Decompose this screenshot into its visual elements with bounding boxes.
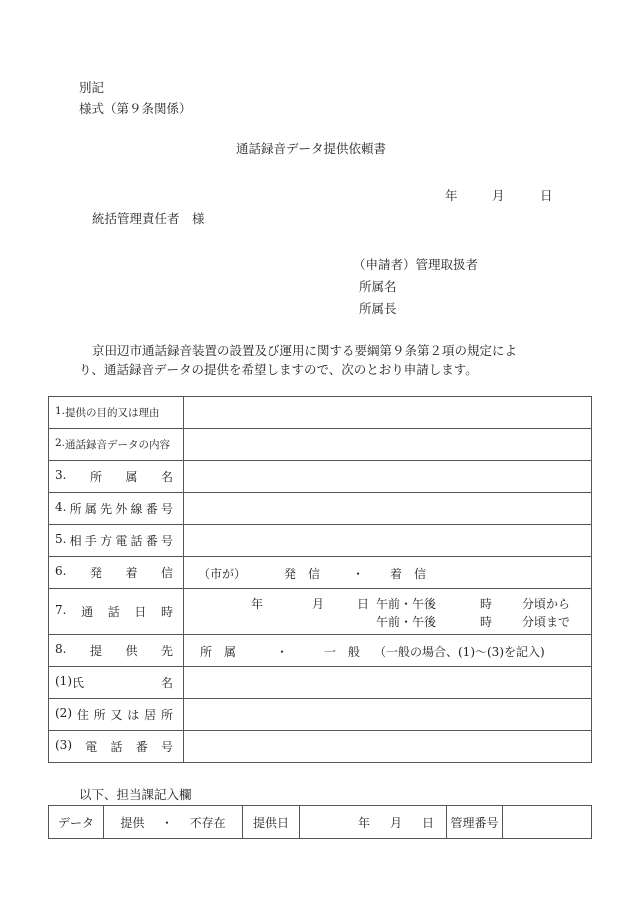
row-label: 2.通話録音データの内容 bbox=[49, 429, 184, 461]
form-reference: 様式（第９条関係） bbox=[79, 99, 192, 117]
counterpart-phone-field[interactable] bbox=[184, 525, 592, 557]
provided-date-field[interactable]: 年 月 日 bbox=[300, 806, 447, 839]
body-text-line1: 京田辺市通話録音装置の設置及び運用に関する要綱第９条第２項の規定によ bbox=[92, 341, 517, 359]
addressee: 統括管理責任者 様 bbox=[92, 209, 205, 227]
row-label: 6.発着信 bbox=[49, 557, 184, 589]
status-not-exist[interactable]: 不存在 bbox=[190, 814, 226, 831]
separator-dot: ・ bbox=[161, 814, 173, 831]
separator-dot: ・ bbox=[276, 643, 288, 660]
applicant-department: 所属名 bbox=[359, 277, 397, 295]
row-label: (3)電話番号 bbox=[49, 731, 184, 763]
document-title: 通話録音データ提供依頼書 bbox=[236, 139, 386, 157]
purpose-field[interactable] bbox=[184, 397, 592, 429]
year-label: 年 bbox=[251, 595, 263, 612]
to-label: 分頃まで bbox=[522, 613, 570, 630]
table-row: 5.相手方電話番号 bbox=[49, 525, 592, 557]
ampm-start[interactable]: 午前・午後 bbox=[376, 595, 436, 612]
status-provided[interactable]: 提供 bbox=[120, 814, 144, 831]
row-label: 5.相手方電話番号 bbox=[49, 525, 184, 557]
data-label: データ bbox=[49, 806, 104, 839]
recipient-cell: 所 属 ・ 一 般 （一般の場合、(1)～(3)を記入) bbox=[184, 635, 592, 667]
body-text-line2: り、通話録音データの提供を希望しますので、次のとおり申請します。 bbox=[79, 360, 478, 378]
row-label: 1.提供の目的又は理由 bbox=[49, 397, 184, 429]
recipient-department-option[interactable]: 所 属 bbox=[200, 643, 236, 660]
incoming-option[interactable]: 着 信 bbox=[390, 565, 426, 582]
status-cell[interactable]: 提供 ・ 不存在 bbox=[104, 806, 243, 839]
management-number-label: 管理番号 bbox=[447, 806, 503, 839]
applicant-department-head: 所属長 bbox=[359, 299, 397, 317]
office-use-table: データ 提供 ・ 不存在 提供日 年 月 日 管理番号 bbox=[48, 805, 592, 839]
from-label: 分頃から bbox=[522, 595, 570, 612]
department-name-field[interactable] bbox=[184, 461, 592, 493]
date-day: 日 bbox=[422, 814, 434, 831]
date-year: 年 bbox=[445, 186, 458, 204]
applicant-label: （申請者）管理取扱者 bbox=[353, 255, 478, 273]
hour-start-label: 時 bbox=[480, 595, 492, 612]
external-line-number-field[interactable] bbox=[184, 493, 592, 525]
table-row: 1.提供の目的又は理由 bbox=[49, 397, 592, 429]
table-row: 2.通話録音データの内容 bbox=[49, 429, 592, 461]
recipient-general-option[interactable]: 一 般 bbox=[324, 643, 360, 660]
phone-number-field[interactable] bbox=[184, 731, 592, 763]
call-direction-prefix: （市が） bbox=[198, 565, 246, 582]
request-form-table: 1.提供の目的又は理由 2.通話録音データの内容 3.所属名 4.所属先外線番号… bbox=[48, 396, 592, 763]
ampm-end[interactable]: 午前・午後 bbox=[376, 613, 436, 630]
table-row: 7.通話日時 年 月 日 午前・午後 時 分頃から 午前・午後 時 分頃まで bbox=[49, 589, 592, 635]
row-label: 8.提供先 bbox=[49, 635, 184, 667]
row-label: 7.通話日時 bbox=[49, 589, 184, 635]
separator-dot: ・ bbox=[352, 565, 364, 582]
date-month: 月 bbox=[390, 814, 402, 831]
recipient-note: （一般の場合、(1)～(3)を記入) bbox=[374, 643, 545, 660]
row-label: 3.所属名 bbox=[49, 461, 184, 493]
call-direction-cell: （市が） 発 信 ・ 着 信 bbox=[184, 557, 592, 589]
table-row: 8.提供先 所 属 ・ 一 般 （一般の場合、(1)～(3)を記入) bbox=[49, 635, 592, 667]
office-section-heading: 以下、担当課記入欄 bbox=[79, 785, 192, 803]
date-year: 年 bbox=[358, 814, 370, 831]
data-content-field[interactable] bbox=[184, 429, 592, 461]
month-label: 月 bbox=[312, 595, 324, 612]
date-day: 日 bbox=[540, 186, 553, 204]
management-number-field[interactable] bbox=[503, 806, 592, 839]
date-label: 提供日 bbox=[243, 806, 300, 839]
table-row: (3)電話番号 bbox=[49, 731, 592, 763]
address-field[interactable] bbox=[184, 699, 592, 731]
annex-label: 別記 bbox=[79, 78, 104, 96]
table-row: データ 提供 ・ 不存在 提供日 年 月 日 管理番号 bbox=[49, 806, 592, 839]
name-field[interactable] bbox=[184, 667, 592, 699]
day-label: 日 bbox=[357, 595, 369, 612]
row-label: (2)住所又は居所 bbox=[49, 699, 184, 731]
table-row: 4.所属先外線番号 bbox=[49, 493, 592, 525]
hour-end-label: 時 bbox=[480, 613, 492, 630]
date-month: 月 bbox=[492, 186, 505, 204]
table-row: 3.所属名 bbox=[49, 461, 592, 493]
row-label: 4.所属先外線番号 bbox=[49, 493, 184, 525]
row-label: (1)氏名 bbox=[49, 667, 184, 699]
outgoing-option[interactable]: 発 信 bbox=[284, 565, 320, 582]
call-datetime-cell[interactable]: 年 月 日 午前・午後 時 分頃から 午前・午後 時 分頃まで bbox=[184, 589, 592, 635]
table-row: (2)住所又は居所 bbox=[49, 699, 592, 731]
table-row: (1)氏名 bbox=[49, 667, 592, 699]
table-row: 6.発着信 （市が） 発 信 ・ 着 信 bbox=[49, 557, 592, 589]
